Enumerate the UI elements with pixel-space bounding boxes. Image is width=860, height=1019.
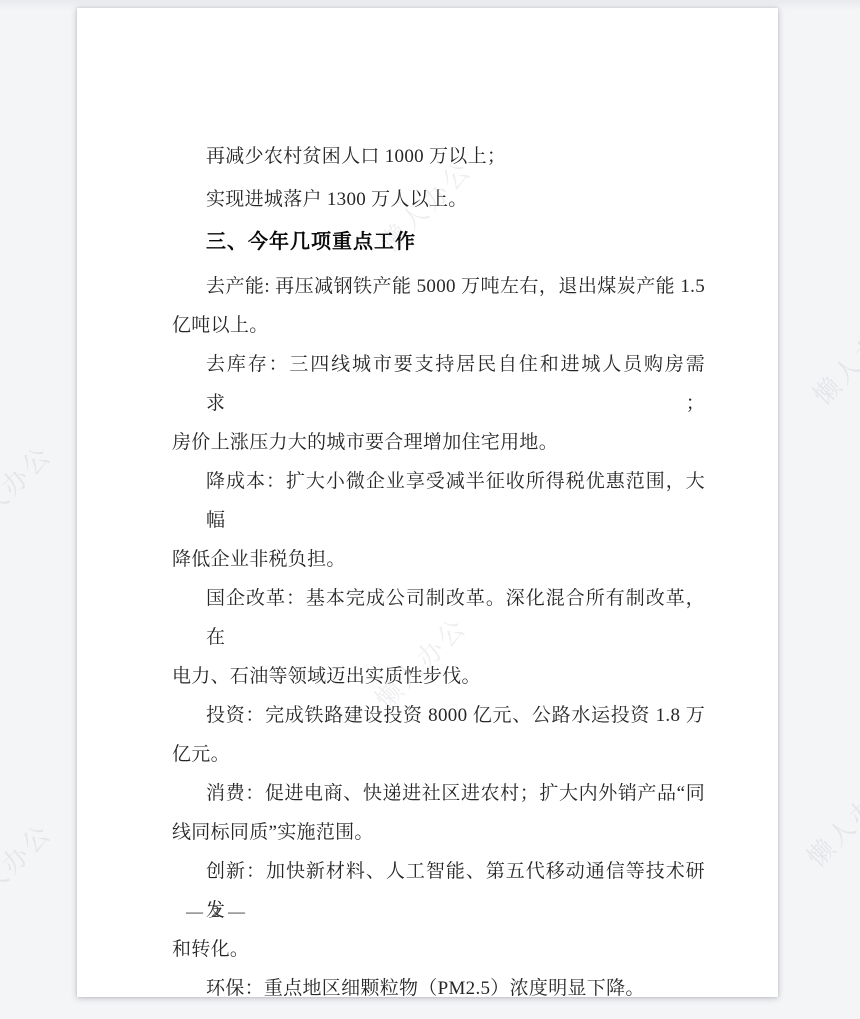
doc-line: 国企改革：基本完成公司制改革。深化混合所有制改革，在 — [172, 579, 705, 657]
watermark-text: 懒人办公 — [798, 766, 860, 874]
doc-line: 和转化。 — [172, 930, 705, 969]
document-page: 再减少农村贫困人口 1000 万以上； 实现进城落户 1300 万人以上。 三、… — [77, 8, 778, 997]
watermark-text: 懒人办公 — [0, 814, 59, 922]
doc-line: 消费：促进电商、快递进社区进农村；扩大内外销产品“同 — [172, 774, 705, 813]
doc-line: 创新：加快新材料、人工智能、第五代移动通信等技术研发 — [172, 852, 705, 930]
doc-line: 去产能: 再压减钢铁产能 5000 万吨左右，退出煤炭产能 1.5 — [172, 267, 705, 306]
document-content: 再减少农村贫困人口 1000 万以上； 实现进城落户 1300 万人以上。 三、… — [172, 8, 705, 1008]
doc-line: 亿元。 — [172, 735, 705, 774]
doc-line: 亿吨以上。 — [172, 306, 705, 345]
doc-line: 投资：完成铁路建设投资 8000 亿元、公路水运投资 1.8 万 — [172, 696, 705, 735]
doc-line: 环保：重点地区细颗粒物（PM2.5）浓度明显下降。 — [172, 969, 705, 1008]
watermark-text: 懒人办公 — [0, 436, 59, 544]
doc-line: 线同标同质”实施范围。 — [172, 813, 705, 852]
section-heading: 三、今年几项重点工作 — [172, 223, 705, 262]
doc-line: 降成本：扩大小微企业享受减半征收所得税优惠范围，大幅 — [172, 462, 705, 540]
doc-line: 电力、石油等领域迈出实质性步伐。 — [172, 657, 705, 696]
doc-line: 再减少农村贫困人口 1000 万以上； — [172, 137, 705, 176]
doc-line: 房价上涨压力大的城市要合理增加住宅用地。 — [172, 423, 705, 462]
document-viewer: 再减少农村贫困人口 1000 万以上； 实现进城落户 1300 万人以上。 三、… — [0, 0, 860, 1019]
doc-line: 实现进城落户 1300 万人以上。 — [172, 180, 705, 219]
doc-line: 去库存：三四线城市要支持居民自住和进城人员购房需求； — [172, 345, 705, 423]
watermark-text: 懒人办公 — [804, 304, 860, 412]
doc-line: 降低企业非税负担。 — [172, 540, 705, 579]
page-number: — 2 — — [186, 900, 247, 924]
